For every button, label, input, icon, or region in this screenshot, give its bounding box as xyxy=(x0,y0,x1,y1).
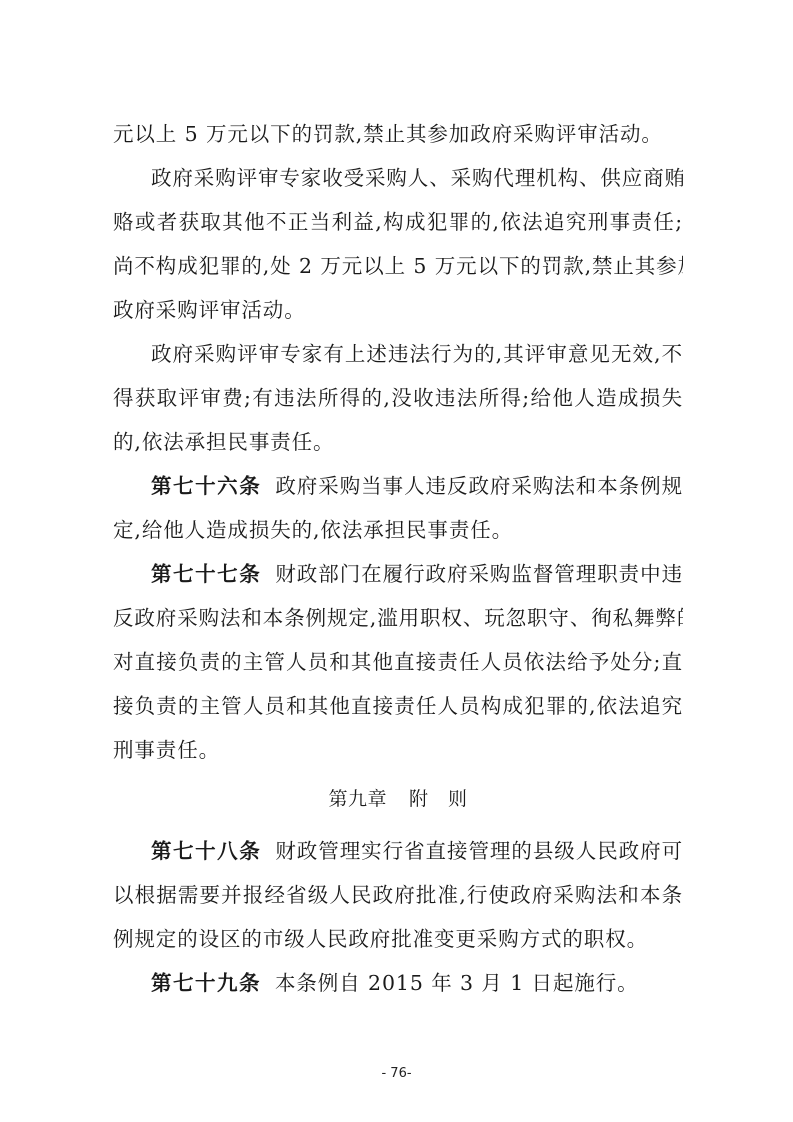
page-content: 元以上 5 万元以下的罚款,禁止其参加政府采购评审活动。 政府采购评审专家收受采… xyxy=(113,112,683,1005)
text-line: 对直接负责的主管人员和其他直接责任人员依法给予处分;直 xyxy=(113,640,683,684)
chapter-title: 附 则 xyxy=(409,788,468,810)
article-number: 第七十八条 xyxy=(151,839,261,863)
text-line: 政府采购评审活动。 xyxy=(113,288,683,332)
article-78: 第七十八条财政管理实行省直接管理的县级人民政府可 以根据需要并报经省级人民政府批… xyxy=(113,829,683,961)
chapter-heading: 第九章附 则 xyxy=(113,777,683,821)
article-79: 第七十九条本条例自 2015 年 3 月 1 日起施行。 xyxy=(113,961,683,1005)
article-76: 第七十六条政府采购当事人违反政府采购法和本条例规 定,给他人造成损失的,依法承担… xyxy=(113,464,683,552)
text-line: 第七十八条财政管理实行省直接管理的县级人民政府可 xyxy=(113,829,683,873)
article-number: 第七十七条 xyxy=(151,562,261,586)
text-line: 赂或者获取其他不正当利益,构成犯罪的,依法追究刑事责任; xyxy=(113,200,683,244)
text-line: 刑事责任。 xyxy=(113,728,683,772)
text-line: 的,依法承担民事责任。 xyxy=(113,420,683,464)
paragraph-continuation: 元以上 5 万元以下的罚款,禁止其参加政府采购评审活动。 xyxy=(113,112,683,156)
text-line: 政府采购评审专家有上述违法行为的,其评审意见无效,不 xyxy=(113,332,683,376)
article-number: 第七十九条 xyxy=(151,971,261,995)
document-page: 元以上 5 万元以下的罚款,禁止其参加政府采购评审活动。 政府采购评审专家收受采… xyxy=(0,0,793,1122)
page-number: - 76- xyxy=(0,1066,793,1081)
article-text: 政府采购当事人违反政府采购法和本条例规 xyxy=(275,474,683,498)
article-77: 第七十七条财政部门在履行政府采购监督管理职责中违 反政府采购法和本条例规定,滥用… xyxy=(113,552,683,772)
paragraph-expert-bribery: 政府采购评审专家收受采购人、采购代理机构、供应商贿 赂或者获取其他不正当利益,构… xyxy=(113,156,683,332)
article-text: 财政部门在履行政府采购监督管理职责中违 xyxy=(275,562,683,586)
text-line: 定,给他人造成损失的,依法承担民事责任。 xyxy=(113,508,683,552)
chapter-number: 第九章 xyxy=(328,788,387,810)
article-text: 本条例自 2015 年 3 月 1 日起施行。 xyxy=(275,971,639,995)
text-line: 例规定的设区的市级人民政府批准变更采购方式的职权。 xyxy=(113,917,683,961)
text-line: 第七十六条政府采购当事人违反政府采购法和本条例规 xyxy=(113,464,683,508)
text-line: 得获取评审费;有违法所得的,没收违法所得;给他人造成损失 xyxy=(113,376,683,420)
article-text: 财政管理实行省直接管理的县级人民政府可 xyxy=(275,839,683,863)
text-line: 政府采购评审专家收受采购人、采购代理机构、供应商贿 xyxy=(113,156,683,200)
text-line: 第七十七条财政部门在履行政府采购监督管理职责中违 xyxy=(113,552,683,596)
text-line: 第七十九条本条例自 2015 年 3 月 1 日起施行。 xyxy=(113,961,683,1005)
text-line: 反政府采购法和本条例规定,滥用职权、玩忽职守、徇私舞弊的, xyxy=(113,596,683,640)
text-line: 以根据需要并报经省级人民政府批准,行使政府采购法和本条 xyxy=(113,873,683,917)
paragraph-expert-opinion-invalid: 政府采购评审专家有上述违法行为的,其评审意见无效,不 得获取评审费;有违法所得的… xyxy=(113,332,683,464)
article-number: 第七十六条 xyxy=(151,474,261,498)
text-line: 尚不构成犯罪的,处 2 万元以上 5 万元以下的罚款,禁止其参加 xyxy=(113,244,683,288)
text-line: 元以上 5 万元以下的罚款,禁止其参加政府采购评审活动。 xyxy=(113,112,683,156)
text-line: 接负责的主管人员和其他直接责任人员构成犯罪的,依法追究 xyxy=(113,684,683,728)
